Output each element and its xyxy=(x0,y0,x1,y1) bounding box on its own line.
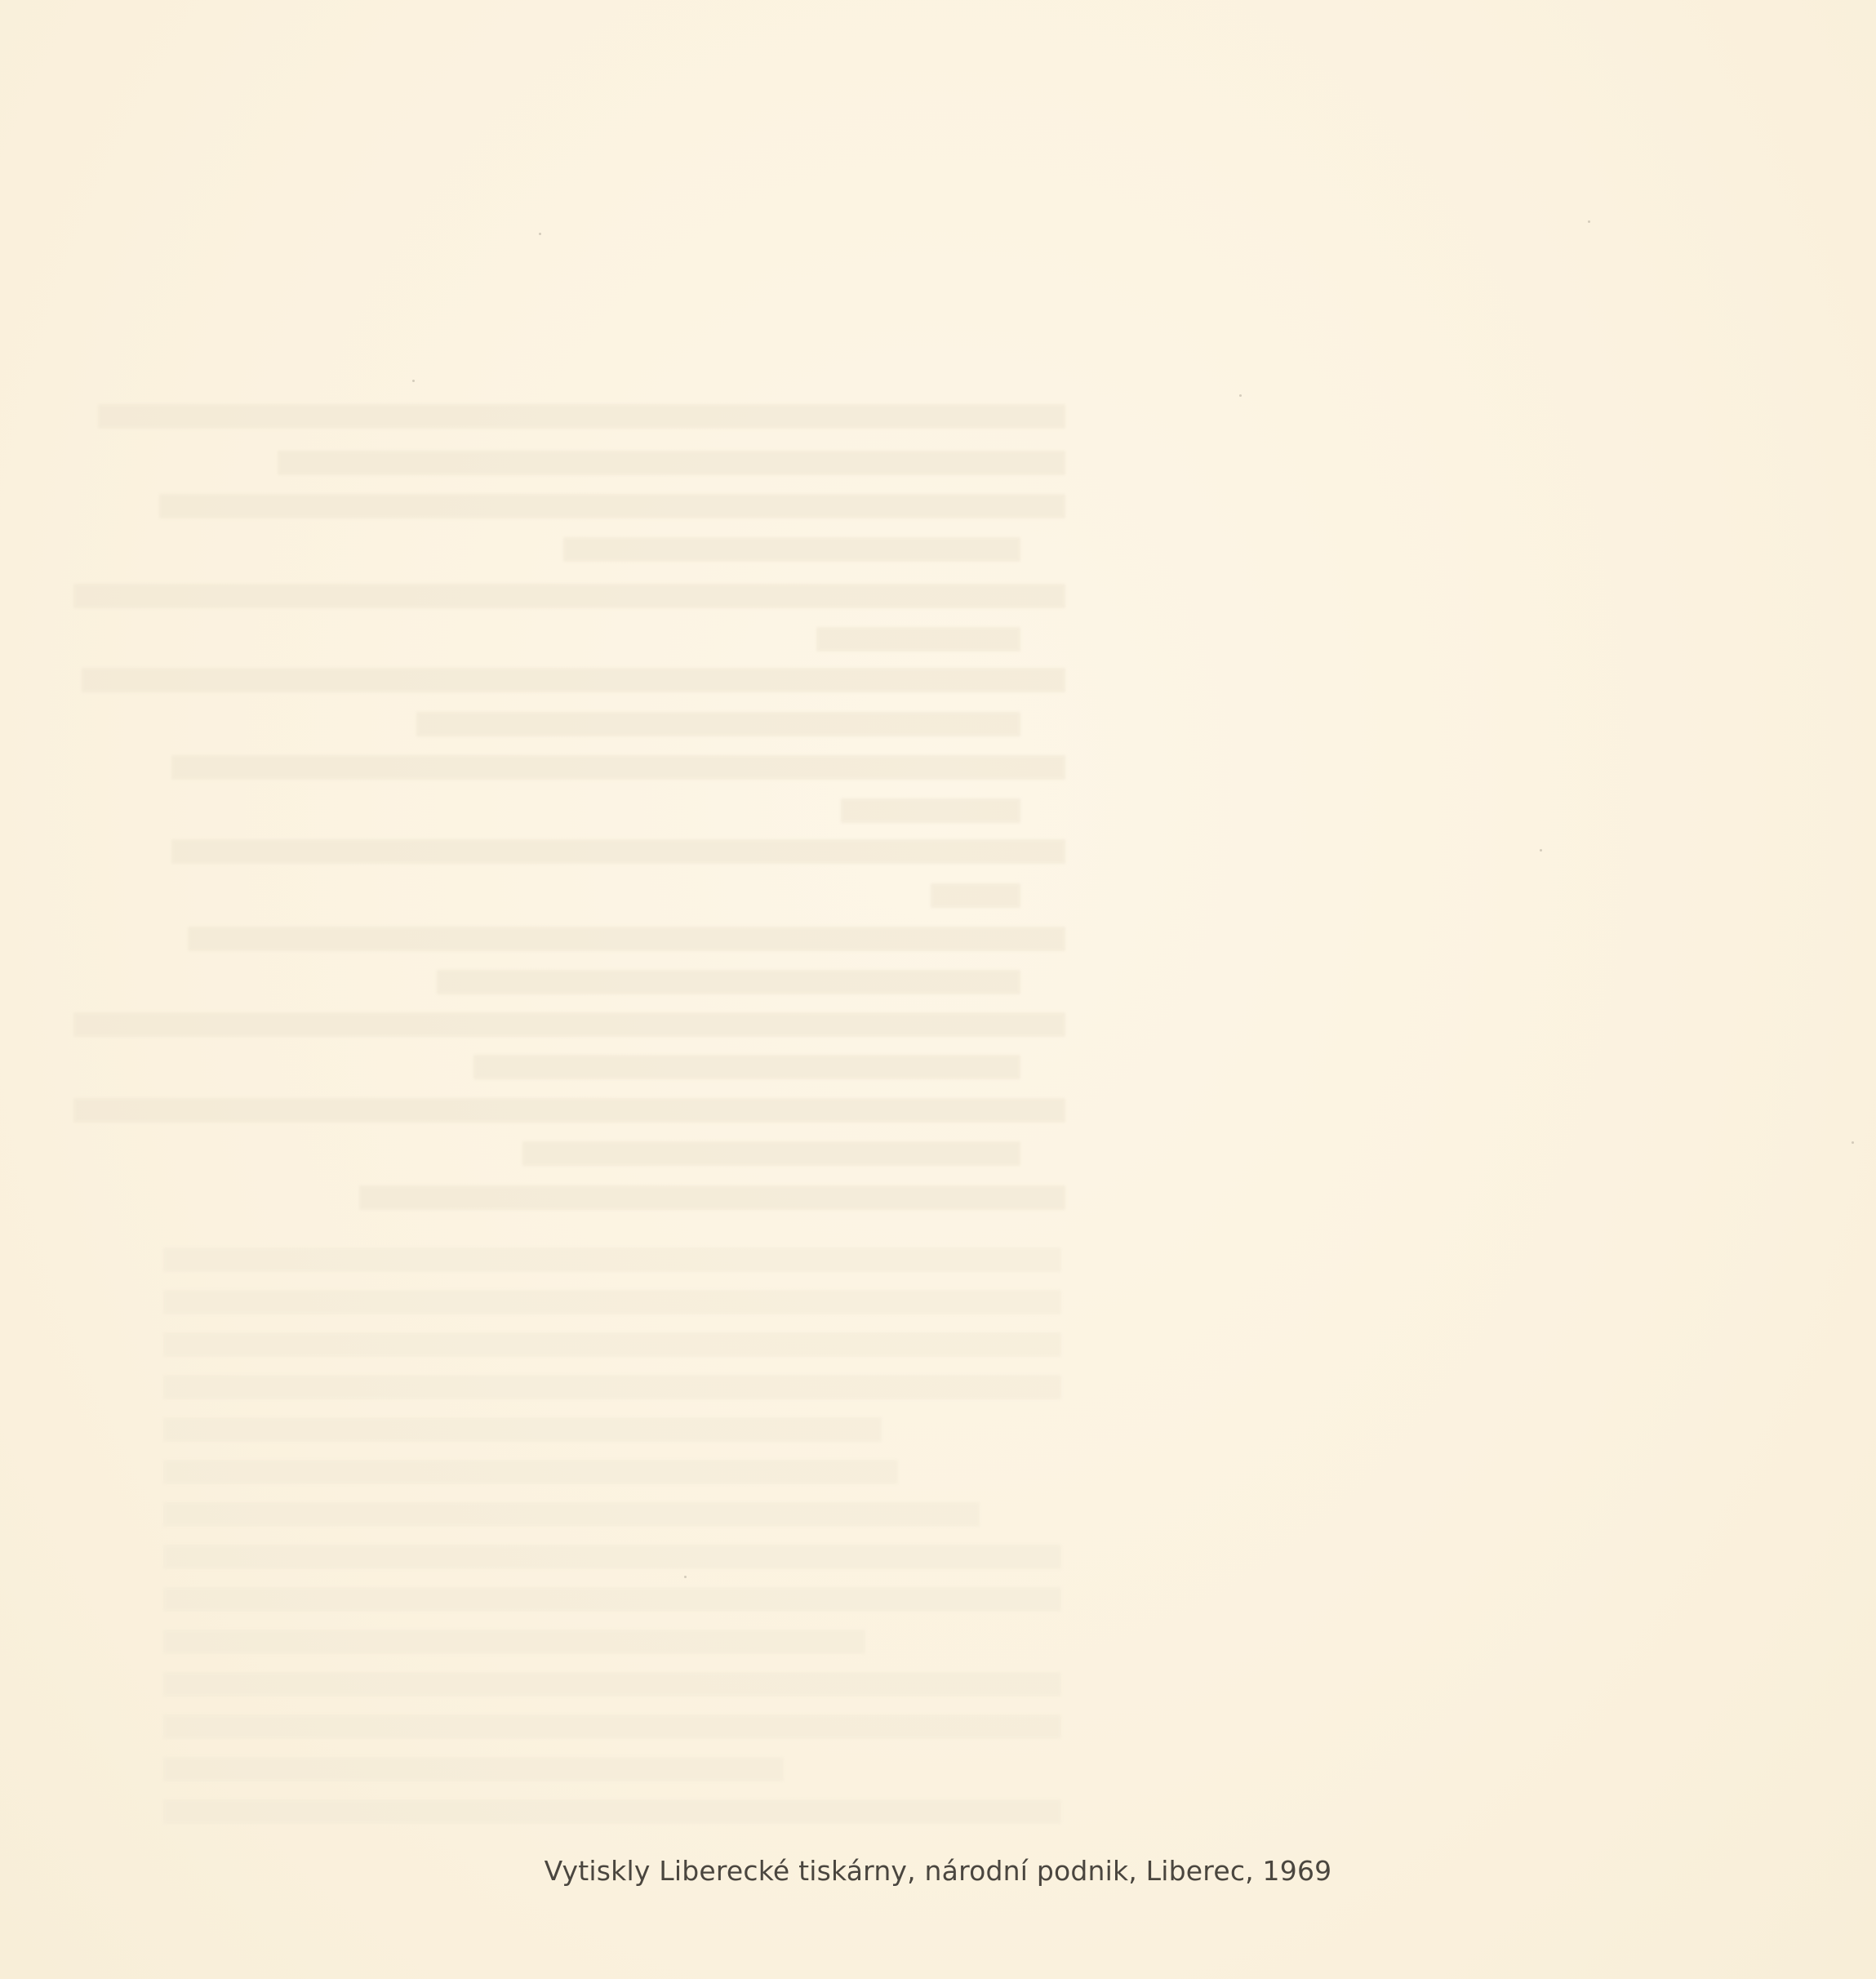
paper-speck xyxy=(412,380,415,382)
paper-speck xyxy=(1239,394,1242,397)
paper-speck xyxy=(684,1576,687,1578)
paper-speck xyxy=(1588,220,1590,223)
paper-speck xyxy=(539,233,541,235)
printer-imprint: Vytiskly Liberecké tiskárny, národní pod… xyxy=(0,1855,1876,1887)
paper-speck xyxy=(1852,1141,1854,1144)
book-page: Vytiskly Liberecké tiskárny, národní pod… xyxy=(0,0,1876,1979)
paper-speck xyxy=(1540,849,1542,852)
